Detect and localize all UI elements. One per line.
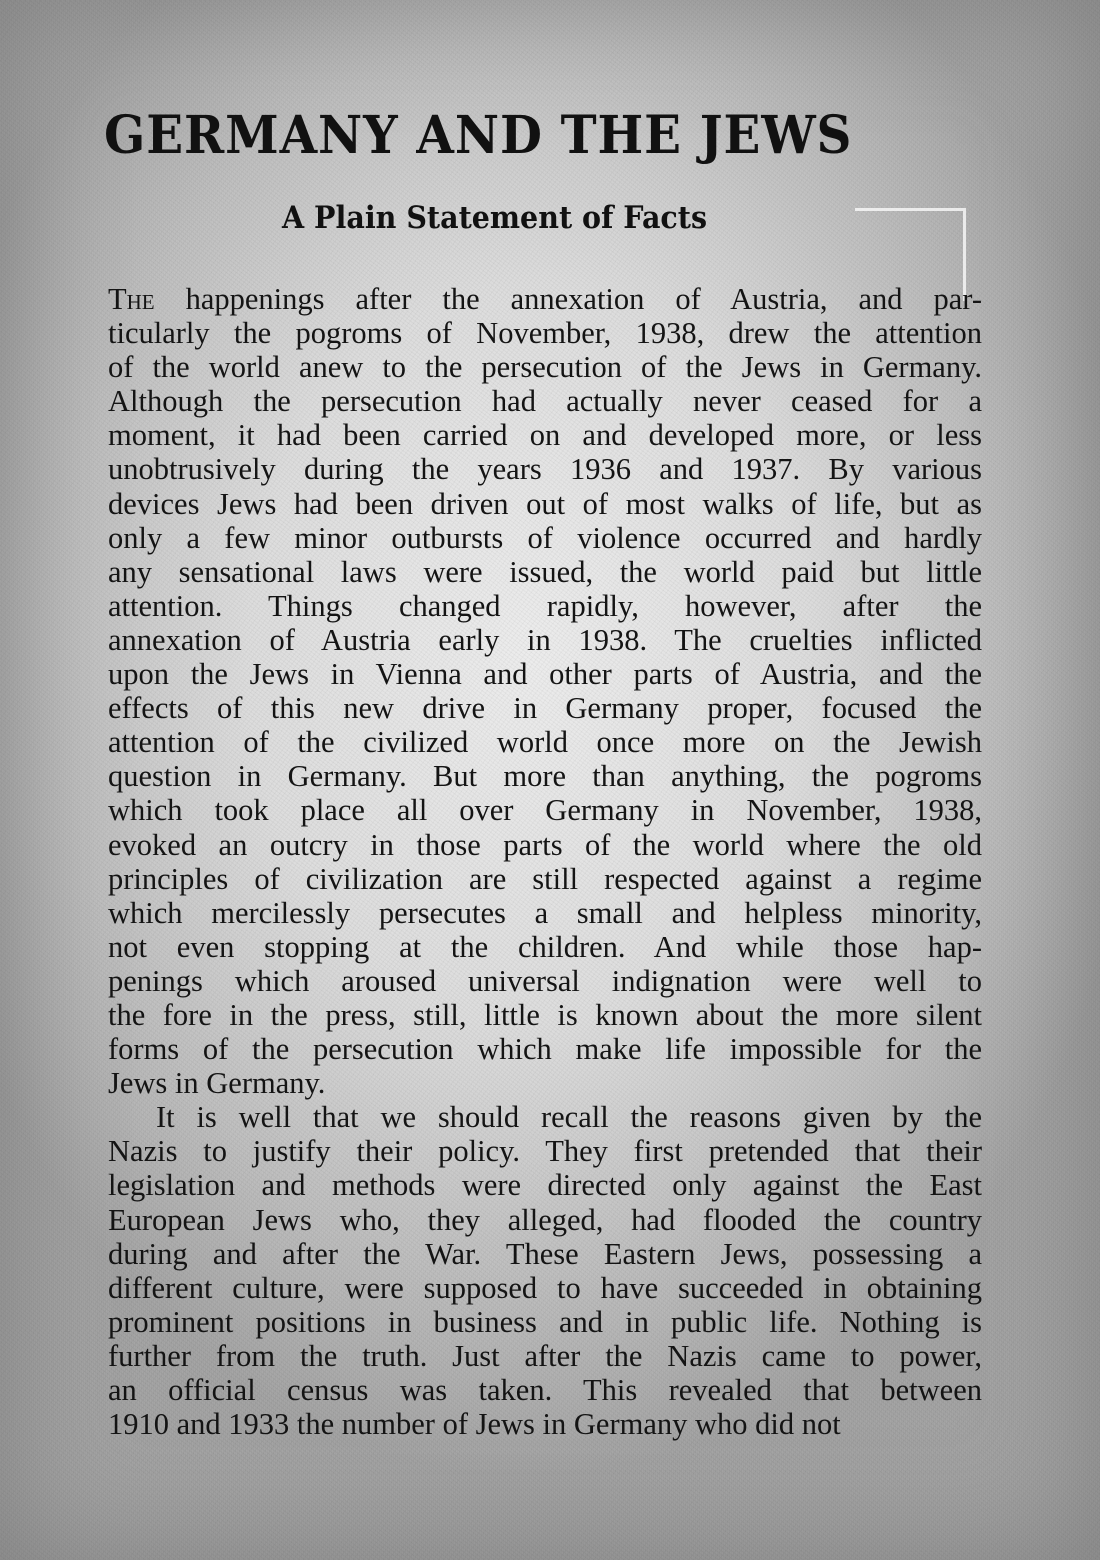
- text-line: attention of the civilized world once mo…: [108, 725, 982, 759]
- text-line: ticularly the pogroms of November, 1938,…: [108, 316, 982, 350]
- text-line: any sensational laws were issued, the wo…: [108, 555, 982, 589]
- paragraph-1: The happenings after the annexation of A…: [108, 282, 982, 1100]
- text-line: question in Germany. But more than anyth…: [108, 759, 982, 793]
- scanned-page: GERMANY AND THE JEWS A Plain Statement o…: [0, 0, 1100, 1560]
- text-line: devices Jews had been driven out of most…: [108, 487, 982, 521]
- document-subtitle: A Plain Statement of Facts: [282, 196, 707, 240]
- text-line: different culture, were supposed to have…: [108, 1271, 982, 1305]
- text-line: Nazis to justify their policy. They firs…: [108, 1134, 982, 1168]
- document-title: GERMANY AND THE JEWS: [104, 104, 922, 168]
- text-line: further from the truth. Just after the N…: [108, 1339, 982, 1373]
- document-body: The happenings after the annexation of A…: [108, 282, 982, 1441]
- paragraph-2: It is well that we should recall the rea…: [108, 1100, 982, 1441]
- text-line: effects of this new drive in Germany pro…: [108, 691, 982, 725]
- text-line: only a few minor outbursts of violence o…: [108, 521, 982, 555]
- text-line: Jews in Germany.: [108, 1066, 982, 1100]
- text-line: of the world anew to the persecution of …: [108, 350, 982, 384]
- text-line: upon the Jews in Vienna and other parts …: [108, 657, 982, 691]
- text-line: attention. Things changed rapidly, howev…: [108, 589, 982, 623]
- text-line: prominent positions in business and in p…: [108, 1305, 982, 1339]
- lead-word-small-caps: The: [108, 282, 155, 316]
- text-line: principles of civilization are still res…: [108, 862, 982, 896]
- text-line: forms of the persecution which make life…: [108, 1032, 982, 1066]
- text-line: It is well that we should recall the rea…: [108, 1100, 982, 1134]
- text-line: Although the persecution had actually ne…: [108, 384, 982, 418]
- text-line: which took place all over Germany in Nov…: [108, 793, 982, 827]
- text-line: evoked an outcry in those parts of the w…: [108, 828, 982, 862]
- text-line: European Jews who, they alleged, had flo…: [108, 1203, 982, 1237]
- text-line: not even stopping at the children. And w…: [108, 930, 982, 964]
- text-line: an official census was taken. This revea…: [108, 1373, 982, 1407]
- text-line: moment, it had been carried on and devel…: [108, 418, 982, 452]
- text-line: the fore in the press, still, little is …: [108, 998, 982, 1032]
- text-line: during and after the War. These Eastern …: [108, 1237, 982, 1271]
- text-line: The happenings after the annexation of A…: [108, 282, 982, 316]
- text-line: legislation and methods were directed on…: [108, 1168, 982, 1202]
- text-line: penings which aroused universal indignat…: [108, 964, 982, 998]
- text-line: which mercilessly persecutes a small and…: [108, 896, 982, 930]
- text-line: 1910 and 1933 the number of Jews in Germ…: [108, 1407, 982, 1441]
- text-line: annexation of Austria early in 1938. The…: [108, 623, 982, 657]
- text-line: unobtrusively during the years 1936 and …: [108, 452, 982, 486]
